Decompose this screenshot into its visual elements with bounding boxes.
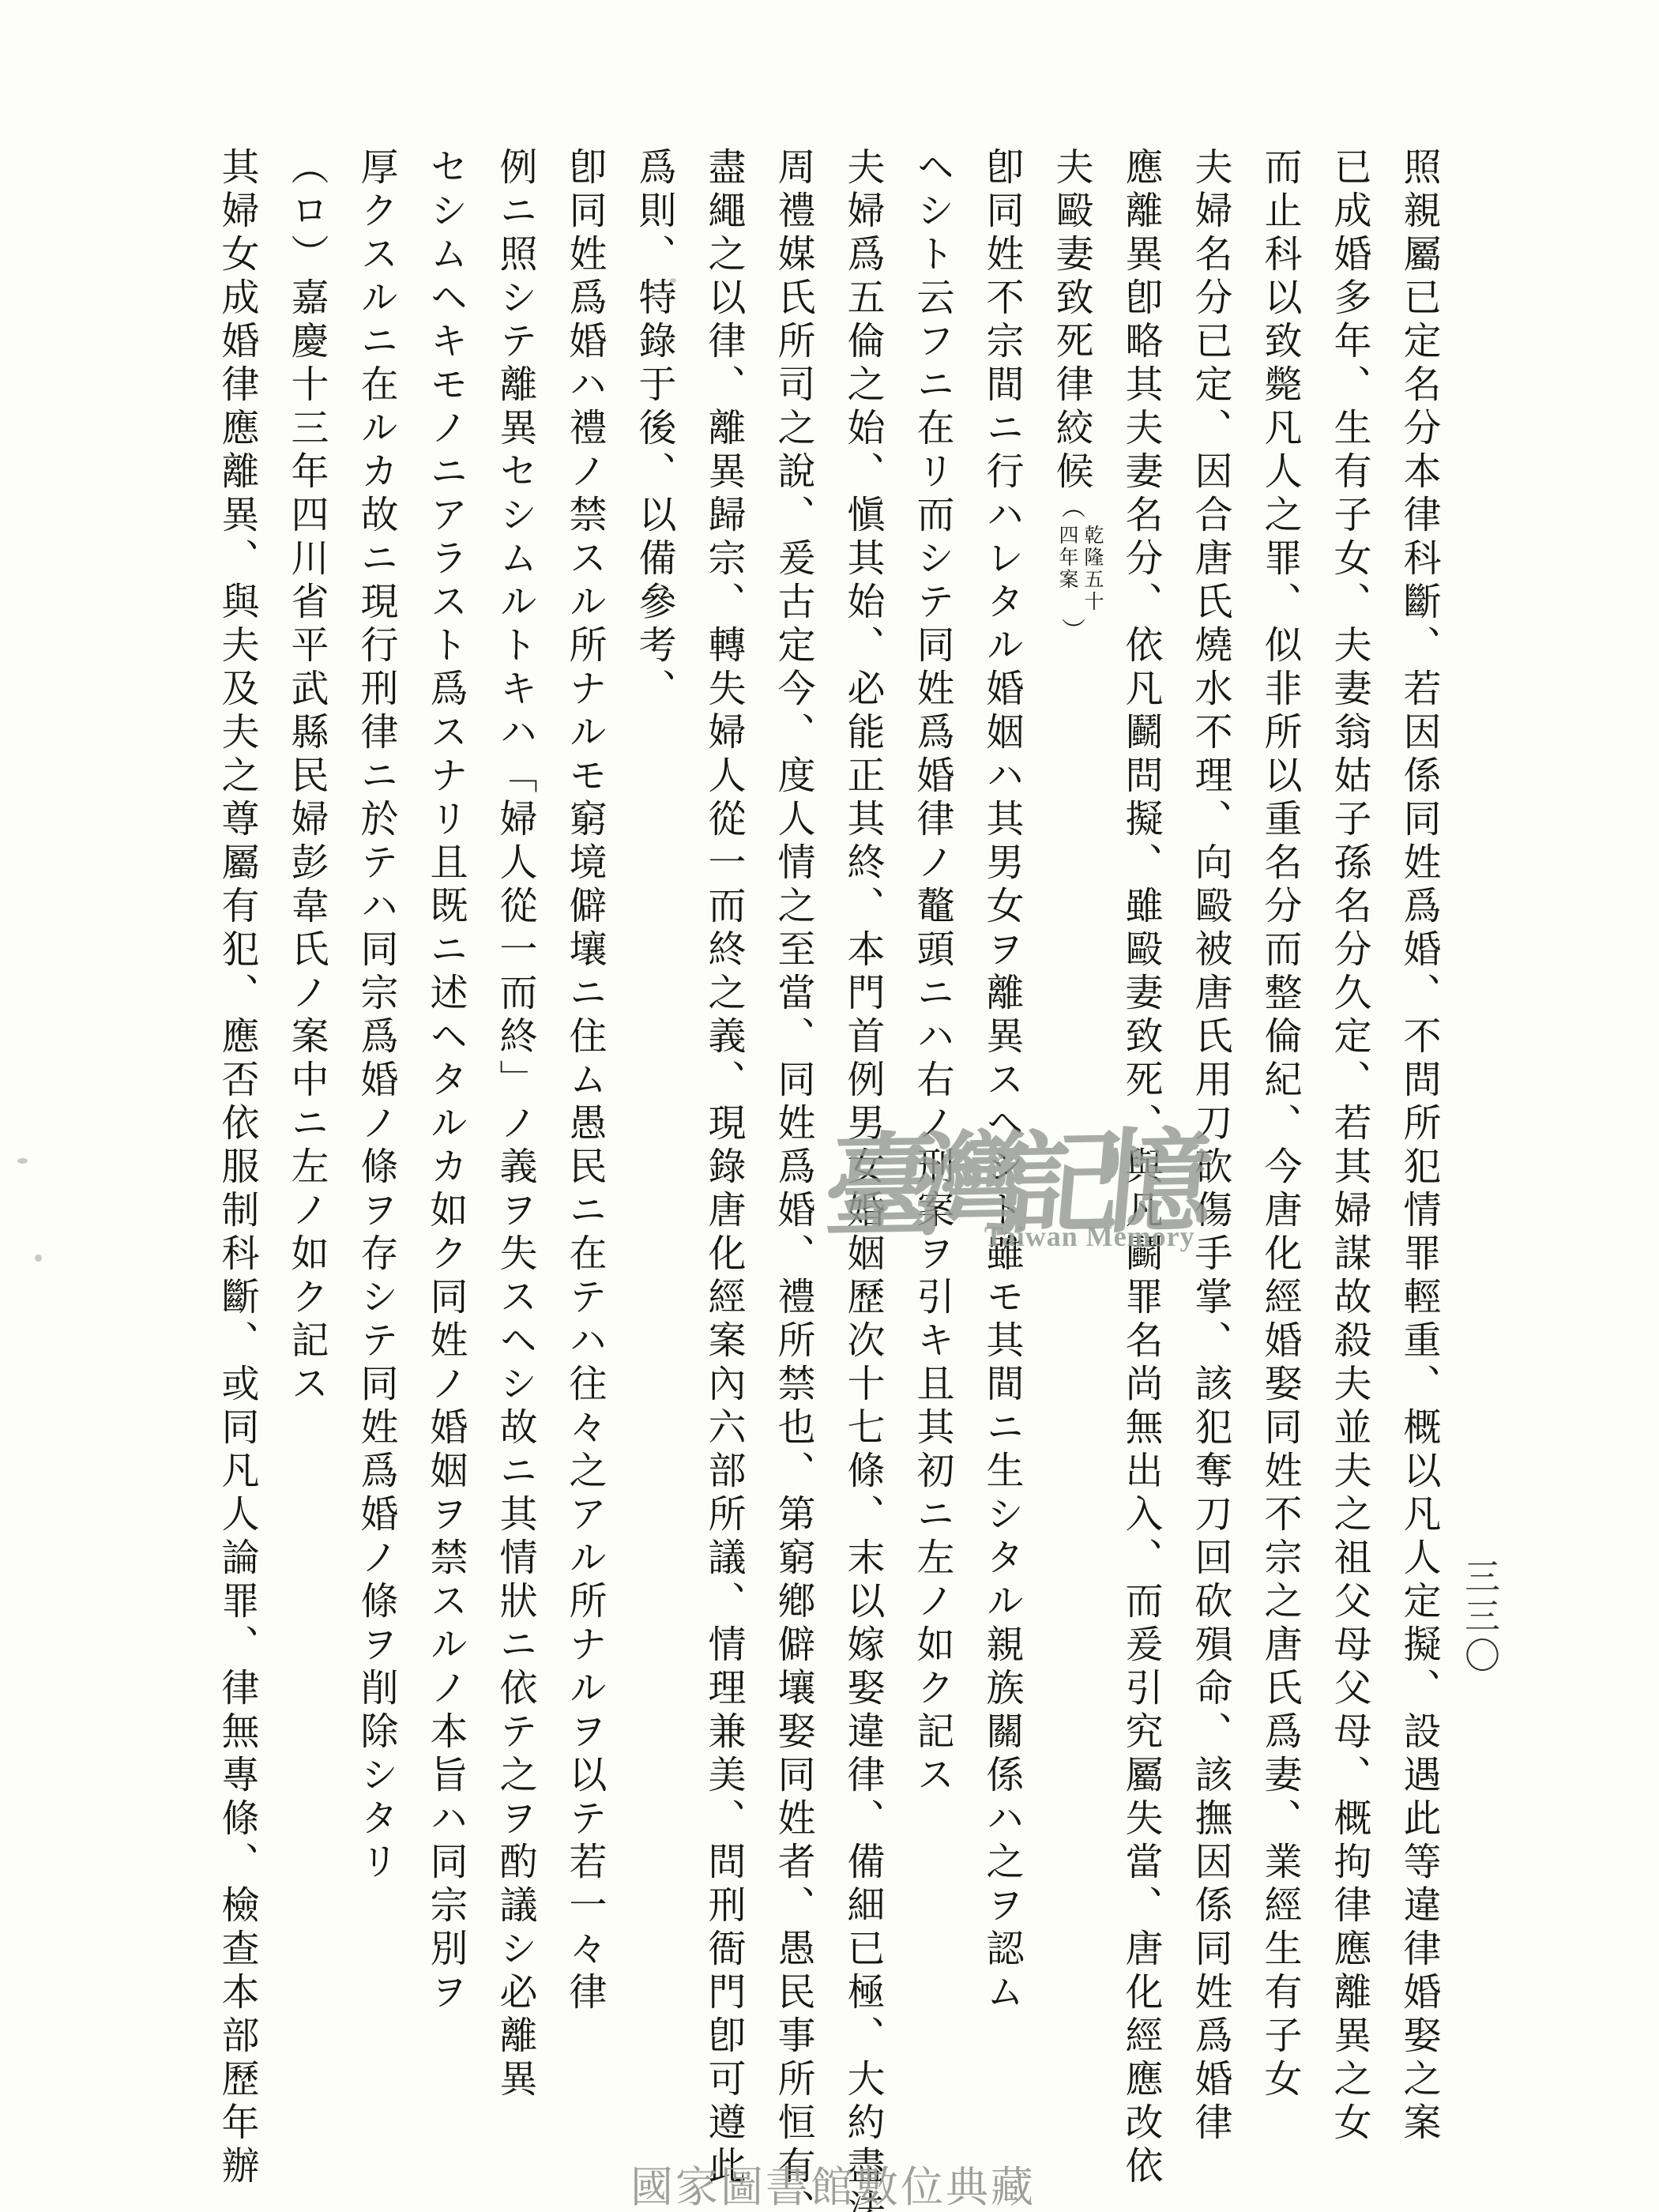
annotation-line-2: 四年案 [1054, 525, 1079, 613]
case-date-annotation: 乾隆五十四年案 [1054, 525, 1104, 613]
text-column-12: 爲則、特錄于後、以備參考、 [619, 147, 688, 2019]
text-column-9: 夫婦爲五倫之始、愼其始、必能正其終、本門首例男女婚姻歷次十七條、末以嫁娶違律、備… [827, 147, 897, 2019]
page-number: 三三〇 [1454, 1558, 1505, 1676]
text-column-2: 已成婚多年、生有子女、夫妻翁姑子孫名分久定、若其婦謀故殺夫並夫之祖父母父母、概拘… [1314, 147, 1383, 2019]
archive-footer-text: 國家圖書館數位典藏 [630, 2154, 1036, 2212]
text-column-5: 應離異卽略其夫妻名分、依凡鬬問擬、雖毆妻致死、與凡鬬罪名尚無出入、而爰引究屬失當… [1105, 147, 1175, 2019]
text-column-3: 而止科以致斃凡人之罪、似非所以重名分而整倫紀、今唐化經婚娶同姓不宗之唐氏爲妻、業… [1244, 147, 1314, 2019]
text-column-4: 夫婦名分已定、因合唐氏燒水不理、向毆被唐氏用刀砍傷手掌、該犯奪刀回砍殞命、該撫因… [1175, 147, 1244, 2019]
annotation-paren-close: ） [1058, 618, 1084, 643]
text-column-13: 卽同姓爲婚ハ禮ノ禁スル所ナルモ窮境僻壤ニ住ム愚民ニ在テハ往々之アル所ナルヲ以テ若… [549, 147, 619, 2019]
text-column-17: （ロ）嘉慶十三年四川省平武縣民婦彭韋氏ノ案中ニ左ノ如ク記ス [271, 147, 340, 2019]
column-6-main-text: 夫毆妻致死律絞候 [1050, 147, 1092, 495]
text-column-11: 盡繩之以律、離異歸宗、轉失婦人從一而終之義、現錄唐化經案內六部所議、情理兼美、問… [688, 147, 758, 2019]
vertical-text-block: 照親屬已定名分本律科斷、若因係同姓爲婚、不問所犯情罪輕重、概以凡人定擬、設遇此等… [201, 147, 1453, 2019]
text-column-7: 卽同姓不宗間ニ行ハレタル婚姻ハ其男女ヲ離異スヘシト雖モ其間ニ生シタル親族關係ハ之… [966, 147, 1036, 2019]
text-column-10: 周禮媒氏所司之說、爰古定今、度人情之至當、同姓爲婚、禮所禁也、第窮鄕僻壤娶同姓者… [758, 147, 827, 2019]
text-column-1: 照親屬已定名分本律科斷、若因係同姓爲婚、不問所犯情罪輕重、概以凡人定擬、設遇此等… [1383, 147, 1453, 2019]
text-column-8: ヘシト云フニ在リ而シテ同姓爲婚律ノ鼇頭ニハ右ノ刑案ヲ引キ且其初ニ左ノ如ク記ス [897, 147, 966, 2019]
paper-speck [34, 1254, 43, 1263]
text-column-14: 例ニ照シテ離異セシムルトキハ「婦人從一而終」ノ義ヲ失スヘシ故ニ其情狀ニ依テ之ヲ酌… [480, 147, 549, 2019]
text-column-18: 其婦女成婚律應離異、與夫及夫之尊屬有犯、應否依服制科斷、或同凡人論罪、律無專條、… [201, 147, 271, 2019]
annotation-paren-open: （ [1058, 495, 1084, 520]
text-column-16: 厚クスルニ在ルカ故ニ現行刑律ニ於テハ同宗爲婚ノ條ヲ存シテ同姓爲婚ノ條ヲ削除シタリ [340, 147, 410, 2019]
scanned-page: 照親屬已定名分本律科斷、若因係同姓爲婚、不問所犯情罪輕重、概以凡人定擬、設遇此等… [0, 0, 1659, 2212]
text-column-15: セシムヘキモノニアラスト爲スナリ且既ニ述ヘタルカ如ク同姓ノ婚姻ヲ禁スルノ本旨ハ同… [410, 147, 480, 2019]
paper-speck [17, 1158, 28, 1164]
annotation-line-1: 乾隆五十 [1079, 525, 1104, 613]
paper-speck [670, 278, 676, 283]
text-column-6: 夫毆妻致死律絞候（乾隆五十四年案） [1036, 147, 1105, 2019]
